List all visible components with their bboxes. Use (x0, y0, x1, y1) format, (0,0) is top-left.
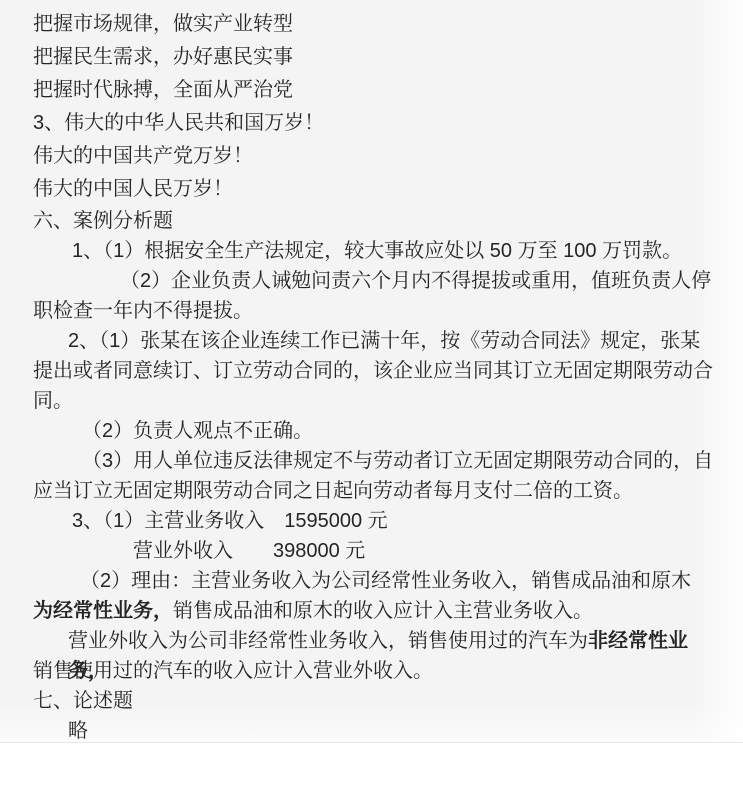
text-line: 销售使用过的汽车的收入应计入营业外收入。 (33, 656, 723, 686)
text-segment: 销售使用过的汽车的收入应计入营业外收入。 (33, 660, 433, 682)
text-segment: 销售成品油和原木的收入应计入主营业务收入。 (173, 600, 593, 622)
text-line: 同。 (33, 386, 723, 416)
text-line: （2）负责人观点不正确。 (33, 416, 723, 446)
text-line: （3）用人单位违反法律规定不与劳动者订立无固定期限劳动合同的，自 (33, 446, 723, 476)
text-line: 3、伟大的中华人民共和国万岁！ (33, 107, 723, 140)
text-segment: 3、（1）主营业务收入 1595000 元 (72, 510, 388, 532)
text-segment: 伟大的中国人民万岁！ (33, 178, 233, 200)
text-line: 伟大的中国人民万岁！ (33, 173, 723, 206)
text-segment: 七、论述题 (33, 690, 133, 712)
text-segment: 把握市场规律，做实产业转型 (33, 13, 293, 35)
text-line: （2）理由：主营业务收入为公司经常性业务收入，销售成品油和原木 (33, 566, 723, 596)
text-line: 伟大的中国共产党万岁！ (33, 140, 723, 173)
text-line: 把握民生需求，办好惠民实事 (33, 41, 723, 74)
text-segment: （2）理由：主营业务收入为公司经常性业务收入，销售成品油和原木 (80, 570, 691, 592)
text-segment: 1、（1）根据安全生产法规定，较大事故应处以 50 万至 100 万罚款。 (72, 240, 682, 262)
text-segment: 职检查一年内不得提拔。 (33, 300, 253, 322)
text-line: 应当订立无固定期限劳动合同之日起向劳动者每月支付二倍的工资。 (33, 476, 723, 506)
text-segment: 把握时代脉搏，全面从严治党 (33, 79, 293, 101)
text-line: 营业外收入 398000 元 (33, 536, 723, 566)
text-line: 2、（1）张某在该企业连续工作已满十年，按《劳动合同法》规定，张某 (33, 326, 723, 356)
text-segment: 营业外收入 398000 元 (133, 540, 365, 562)
text-segment: 同。 (33, 390, 73, 412)
text-line: 略 (33, 716, 723, 746)
text-segment: 营业外收入为公司非经常性业务收入，销售使用过的汽车为 (68, 630, 588, 652)
text-segment: 3、伟大的中华人民共和国万岁！ (33, 112, 324, 134)
text-segment: 应当订立无固定期限劳动合同之日起向劳动者每月支付二倍的工资。 (33, 480, 633, 502)
text-line: 六、案例分析题 (33, 206, 723, 236)
text-line: 提出或者同意续订、订立劳动合同的，该企业应当同其订立无固定期限劳动合 (33, 356, 723, 386)
text-line: 把握市场规律，做实产业转型 (33, 8, 723, 41)
text-segment: 伟大的中国共产党万岁！ (33, 145, 253, 167)
document-page: 把握市场规律，做实产业转型把握民生需求，办好惠民实事把握时代脉搏，全面从严治党3… (0, 0, 743, 787)
text-segment: 提出或者同意续订、订立劳动合同的，该企业应当同其订立无固定期限劳动合 (33, 360, 713, 382)
text-line: 把握时代脉搏，全面从严治党 (33, 74, 723, 107)
bold-text-segment: 为经常性业务， (33, 600, 173, 622)
text-segment: 把握民生需求，办好惠民实事 (33, 46, 293, 68)
text-segment: 六、案例分析题 (33, 210, 173, 232)
text-line: 为经常性业务，销售成品油和原木的收入应计入主营业务收入。 (33, 596, 723, 626)
text-segment: （2）负责人观点不正确。 (82, 420, 313, 442)
text-line: 1、（1）根据安全生产法规定，较大事故应处以 50 万至 100 万罚款。 (33, 236, 723, 266)
document-text-body: 把握市场规律，做实产业转型把握民生需求，办好惠民实事把握时代脉搏，全面从严治党3… (33, 8, 723, 746)
text-segment: （3）用人单位违反法律规定不与劳动者订立无固定期限劳动合同的，自 (82, 450, 713, 472)
text-line: 职检查一年内不得提拔。 (33, 296, 723, 326)
text-line: 营业外收入为公司非经常性业务收入，销售使用过的汽车为非经常性业务， (33, 626, 723, 656)
text-line: （2）企业负责人诫勉问责六个月内不得提拔或重用，值班负责人停 (33, 266, 723, 296)
text-line: 七、论述题 (33, 686, 723, 716)
text-segment: 2、（1）张某在该企业连续工作已满十年，按《劳动合同法》规定，张某 (68, 330, 700, 352)
text-segment: 略 (68, 720, 88, 742)
text-line: 3、（1）主营业务收入 1595000 元 (33, 506, 723, 536)
text-segment: （2）企业负责人诫勉问责六个月内不得提拔或重用，值班负责人停 (120, 270, 711, 292)
